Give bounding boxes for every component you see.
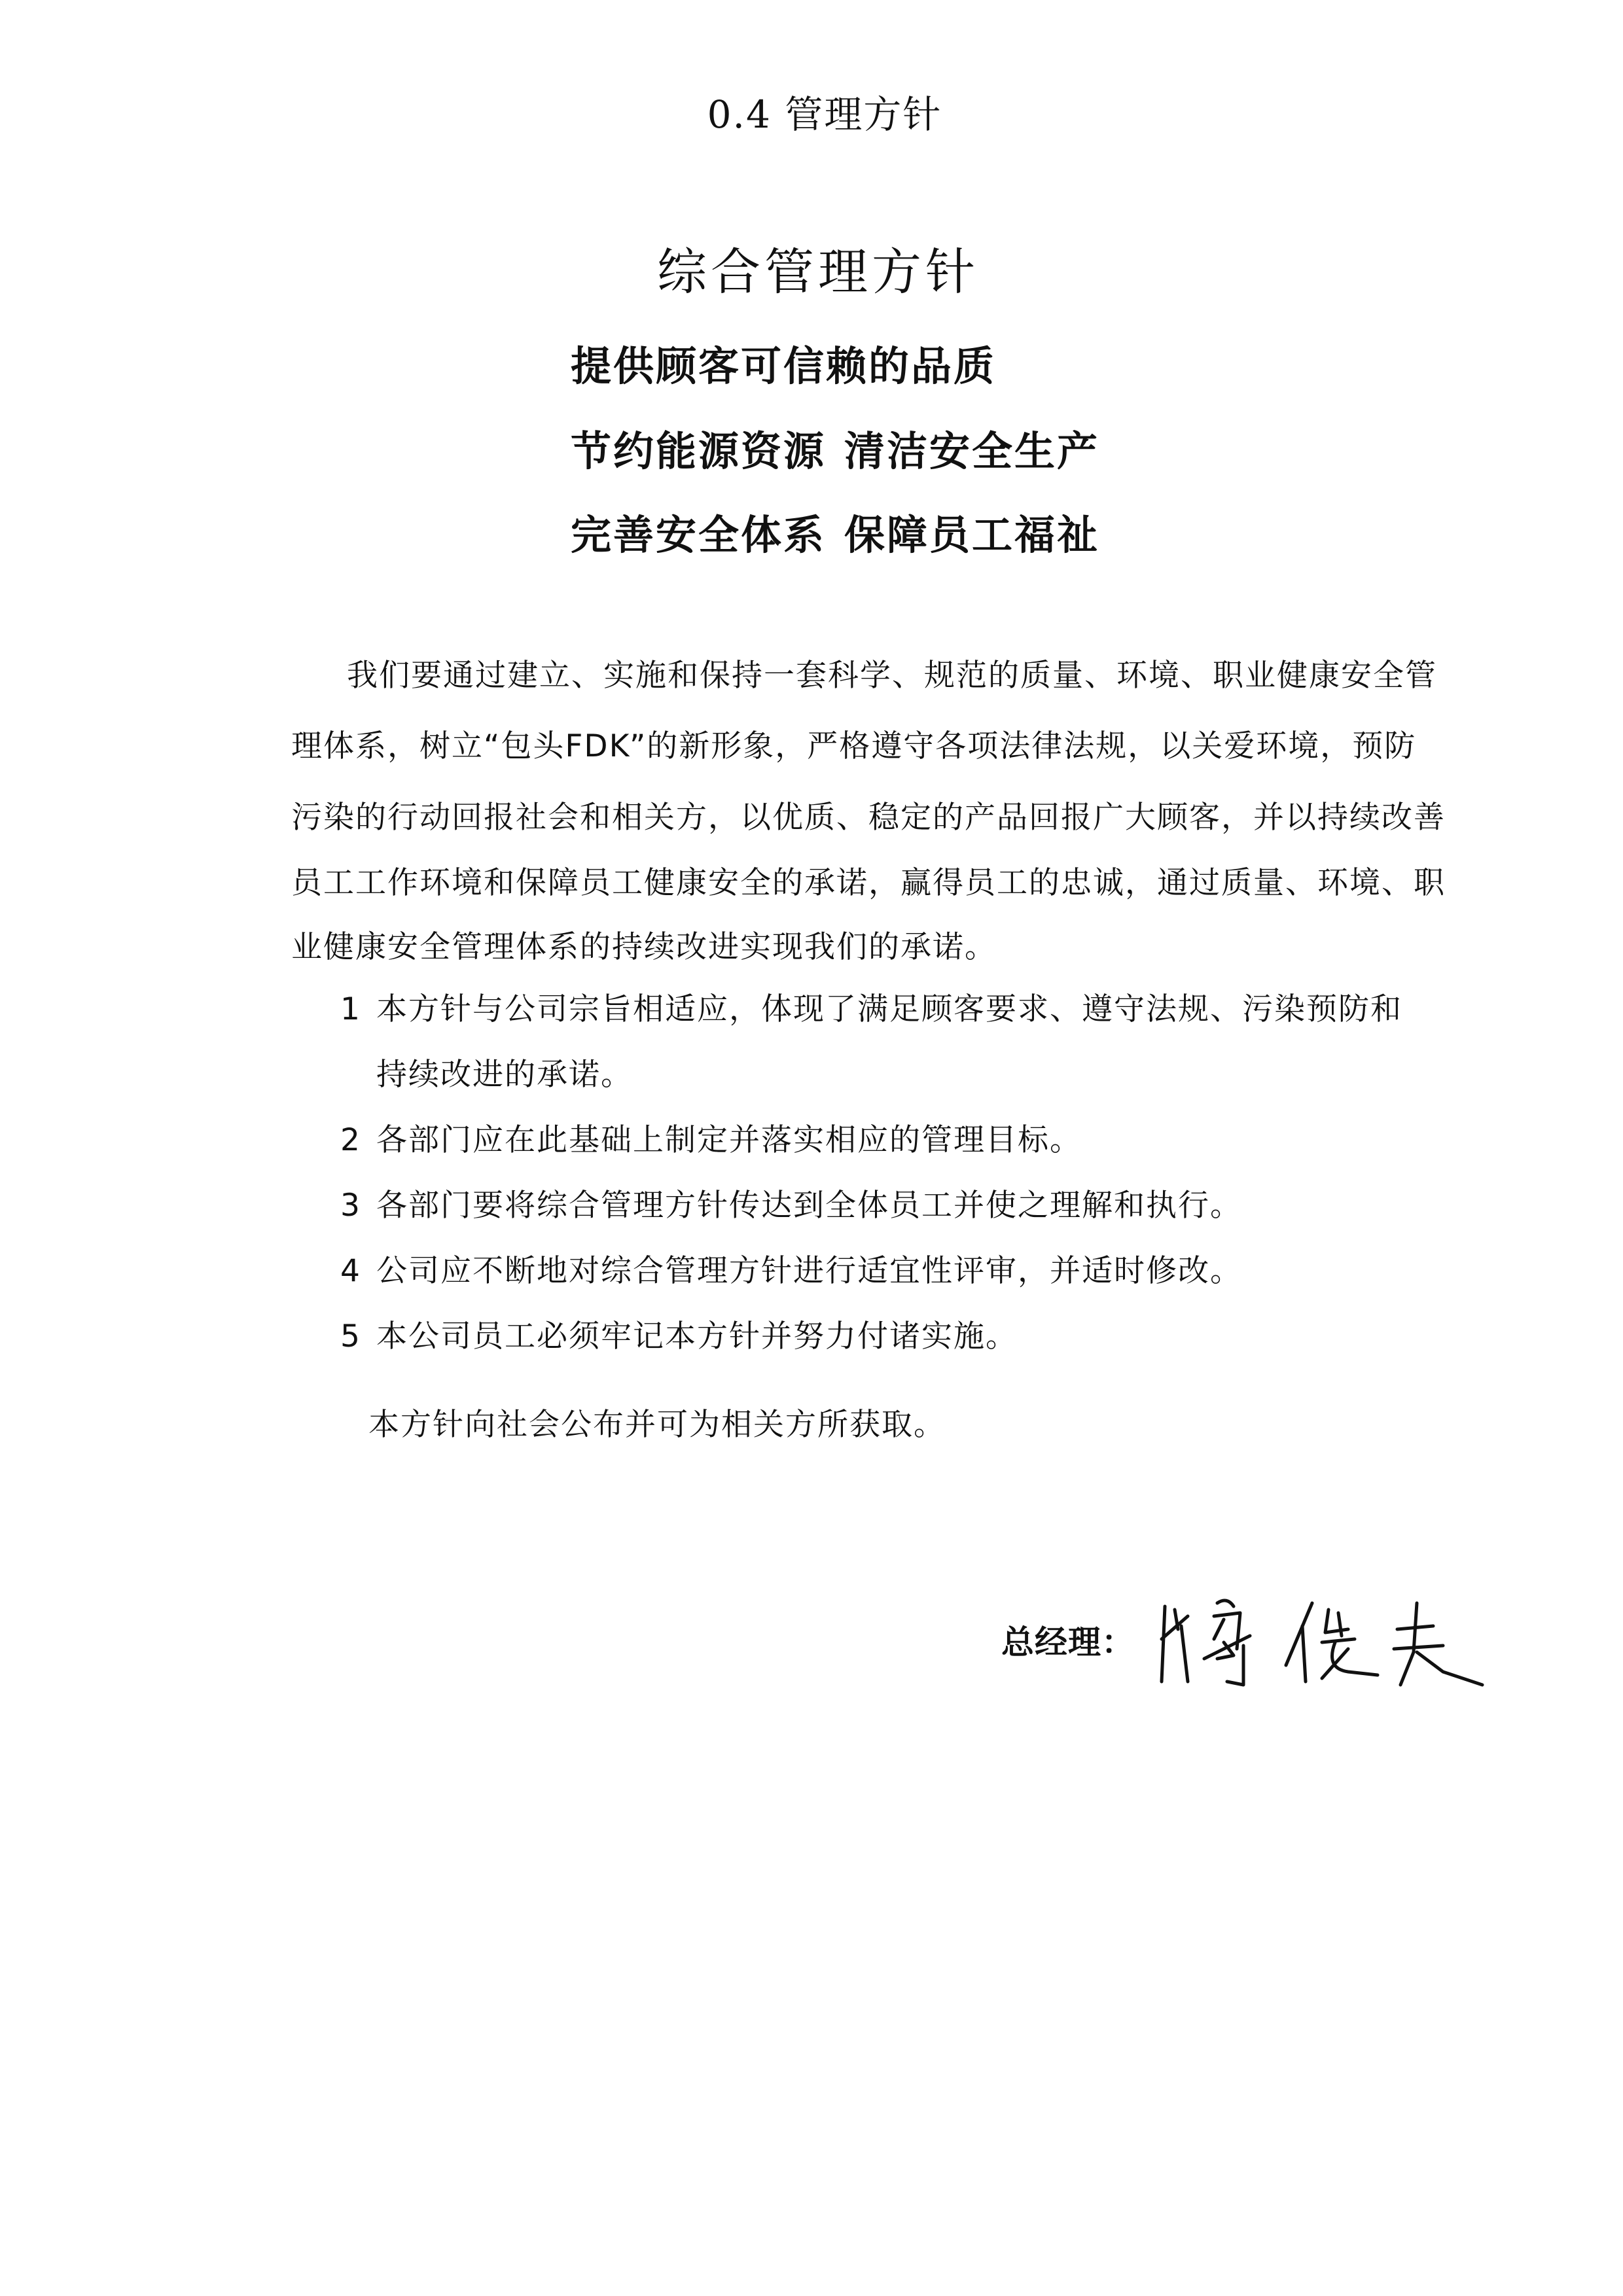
slogan-text: 节约能源资源 bbox=[571, 427, 826, 475]
commitment-item-1: 1本方针与公司宗旨相适应，体现了满足顾客要求、遵守法规、污染预防和 bbox=[340, 985, 1402, 1029]
section-heading: 0.4 管理方针 bbox=[0, 84, 1623, 139]
slogan-line-1: 提供顾客可信赖的品质 bbox=[571, 334, 996, 392]
policy-title: 综合管理方针 bbox=[0, 232, 1623, 304]
item-text: 持续改进的承诺。 bbox=[376, 1057, 633, 1093]
commitment-item-2: 2各部门应在此基础上制定并落实相应的管理目标。 bbox=[340, 1116, 1082, 1159]
item-text: 本公司员工必须牢记本方针并努力付诸实施。 bbox=[376, 1318, 1018, 1354]
slogan-text: 提供顾客可信赖的品质 bbox=[571, 342, 996, 390]
item-number: 1 bbox=[340, 991, 376, 1027]
slogan-line-2: 节约能源资源清洁安全生产 bbox=[571, 419, 1099, 477]
item-text: 本方针与公司宗旨相适应，体现了满足顾客要求、遵守法规、污染预防和 bbox=[376, 991, 1402, 1027]
commitment-item-1-continued: 持续改进的承诺。 bbox=[376, 1050, 633, 1094]
item-number: 4 bbox=[340, 1253, 376, 1289]
paragraph-line: 业健康安全管理体系的持续改进实现我们的承诺。 bbox=[291, 923, 997, 966]
slogan-line-3: 完善安全体系保障员工福祉 bbox=[571, 503, 1099, 561]
commitment-item-4: 4公司应不断地对综合管理方针进行适宜性评审，并适时修改。 bbox=[340, 1246, 1242, 1290]
slogan-text: 清洁安全生产 bbox=[844, 427, 1099, 475]
slogan-text: 完善安全体系 bbox=[571, 511, 826, 559]
slogan-text: 保障员工福祉 bbox=[844, 511, 1099, 559]
item-number: 2 bbox=[340, 1122, 376, 1158]
item-number: 5 bbox=[340, 1318, 376, 1354]
item-text: 公司应不断地对综合管理方针进行适宜性评审，并适时修改。 bbox=[376, 1253, 1242, 1289]
item-text: 各部门要将综合管理方针传达到全体员工并使之理解和执行。 bbox=[376, 1188, 1242, 1224]
paragraph-line: 污染的行动回报社会和相关方，以优质、稳定的产品回报广大顾客，并以持续改善 bbox=[291, 793, 1446, 837]
handwritten-signature-icon: 片冈俊夫 bbox=[1152, 1590, 1492, 1688]
commitment-item-3: 3各部门要将综合管理方针传达到全体员工并使之理解和执行。 bbox=[340, 1181, 1242, 1225]
closing-statement: 本方针向社会公布并可为相关方所获取。 bbox=[368, 1400, 946, 1444]
commitment-item-5: 5本公司员工必须牢记本方针并努力付诸实施。 bbox=[340, 1312, 1018, 1356]
item-number: 3 bbox=[340, 1188, 376, 1224]
paragraph-line: 我们要通过建立、实施和保持一套科学、规范的质量、环境、职业健康安全管 bbox=[347, 651, 1437, 695]
paragraph-line: 员工工作环境和保障员工健康安全的承诺，赢得员工的忠诚，通过质量、环境、职 bbox=[291, 858, 1446, 902]
item-text: 各部门应在此基础上制定并落实相应的管理目标。 bbox=[376, 1122, 1082, 1158]
signature-label: 总经理： bbox=[1001, 1616, 1135, 1663]
paragraph-line: 理体系，树立“包头FDK”的新形象，严格遵守各项法律法规，以关爱环境，预防 bbox=[291, 722, 1416, 766]
